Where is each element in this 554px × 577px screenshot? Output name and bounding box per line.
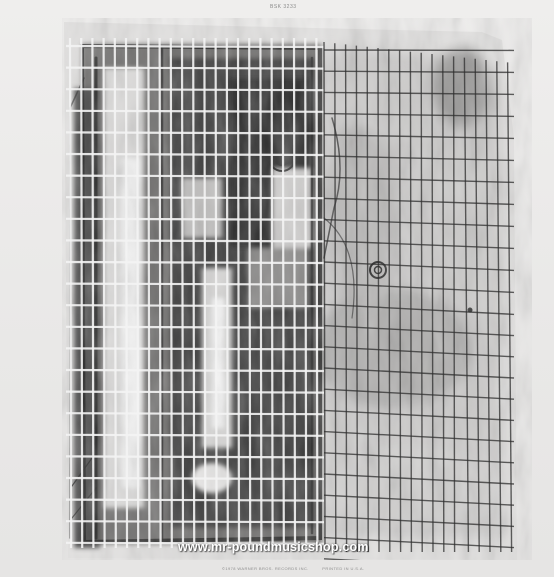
- legal-text: ©1978 WARNER BROS. RECORDS INC. PRINTED …: [222, 566, 376, 571]
- copyright-text: ©1978 WARNER BROS. RECORDS INC.: [222, 566, 309, 571]
- catalog-number: BSK 3233: [270, 4, 297, 10]
- artwork-image: [62, 18, 532, 560]
- printed-in-text: PRINTED IN U.S.A.: [322, 566, 364, 571]
- watermark-url: www.mr-poundmusicshop.com: [178, 540, 369, 554]
- cover-artwork: [62, 18, 532, 560]
- album-back-cover: BSK 3233: [0, 0, 554, 577]
